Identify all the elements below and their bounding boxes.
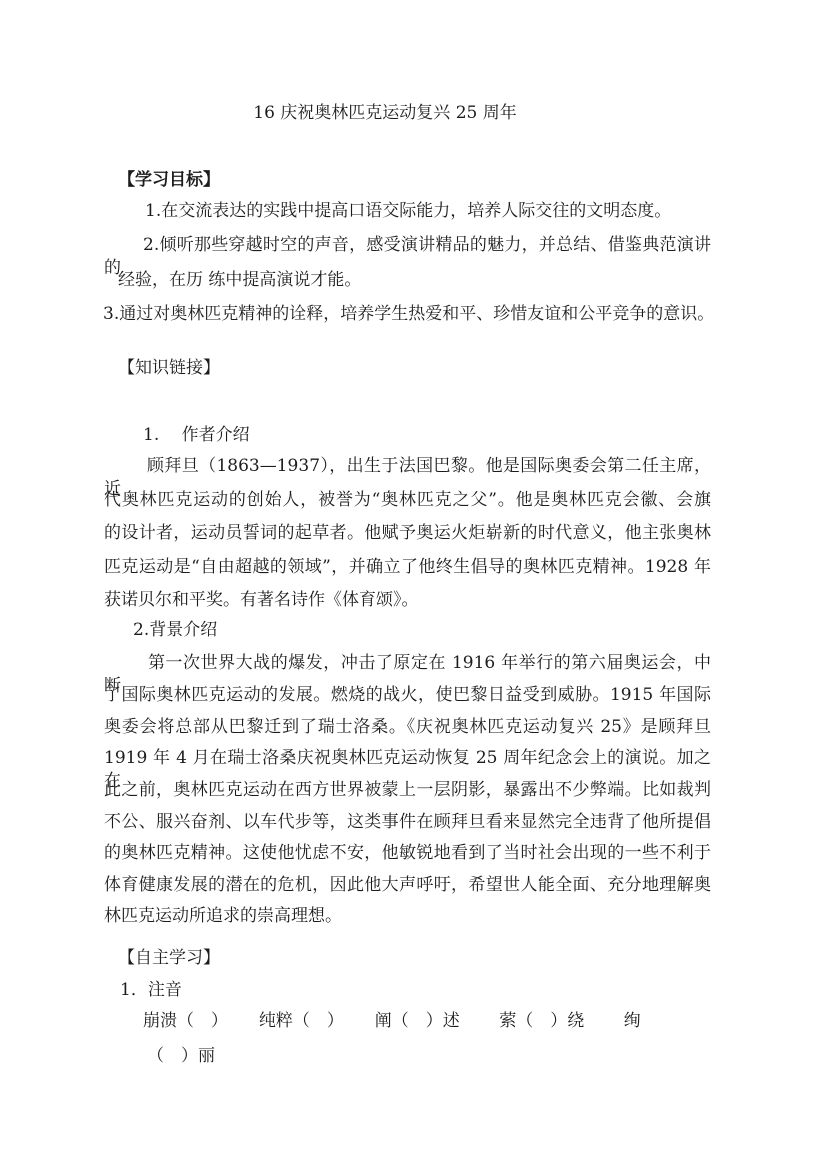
- author-intro-line-3: 的设计者，运动员誓词的起草者。他赋予奥运火炬崭新的时代意义，他主张奥林: [104, 522, 711, 545]
- background-intro-line-7: 的奥林匹克精神。这使他忧虑不安，他敏锐地看到了当时社会出现的一些不利于: [104, 842, 711, 865]
- document-title: 16 庆祝奥林匹克运动复兴 25 周年: [0, 102, 770, 125]
- self-study-heading: 【自主学习】: [118, 947, 220, 970]
- learning-goal-1: 1.在交流表达的实践中提高口语交际能力，培养人际交往的文明态度。: [145, 200, 671, 223]
- task-zhuyin-label: 1．注音: [120, 979, 182, 1002]
- background-intro-line-5: 此之前，奥林匹克运动在西方世界被蒙上一层阴影，暴露出不少弊端。比如裁判: [104, 779, 711, 802]
- learning-goal-3: 3.通过对奥林匹克精神的诠释，培养学生热爱和平、珍惜友谊和公平竞争的意识。: [103, 303, 718, 326]
- background-intro-line-3: 奥委会将总部从巴黎迁到了瑞士洛桑。《庆祝奥林匹克运动复兴 25》是顾拜旦: [104, 716, 711, 739]
- learning-goals-heading: 【学习目标】: [118, 169, 220, 192]
- background-intro-line-2: 了国际奥林匹克运动的发展。燃烧的战火，使巴黎日益受到威胁。1915 年国际: [104, 684, 711, 707]
- author-intro-line-4: 匹克运动是“自由超越的领域”，并确立了他终生倡导的奥林匹克精神。1928 年: [104, 556, 711, 579]
- background-intro-line-8: 体育健康发展的潜在的危机，因此他大声呼吁，希望世人能全面、充分地理解奥: [104, 874, 711, 897]
- background-intro-heading: 2.背景介绍: [133, 619, 217, 642]
- background-intro-line-9: 林匹克运动所追求的崇高理想。: [104, 905, 342, 928]
- author-intro-heading: 1. 作者介绍: [143, 424, 250, 447]
- learning-goal-2-line-2: 经验，在历 练中提高演说才能。: [118, 269, 361, 292]
- background-intro-line-6: 不公、服兴奋剂、以车代步等，这类事件在顾拜旦看来显然完全违背了他所提倡: [104, 811, 711, 834]
- knowledge-link-heading: 【知识链接】: [118, 357, 220, 380]
- author-intro-line-2: 代奥林匹克运动的创始人，被誉为“奥林匹克之父”。他是奥林匹克会徽、会旗: [104, 489, 711, 512]
- zhuyin-words-line-2: （ ）丽: [147, 1045, 215, 1068]
- document-page: 16 庆祝奥林匹克运动复兴 25 周年 【学习目标】 1.在交流表达的实践中提高…: [0, 0, 827, 1169]
- author-intro-line-5: 获诺贝尔和平奖。有著名诗作《体育颂》。: [104, 589, 419, 612]
- zhuyin-words-line-1: 崩溃（ ） 纯粹（ ） 阐（ ）述 萦（ ）绕 绚: [143, 1010, 641, 1033]
